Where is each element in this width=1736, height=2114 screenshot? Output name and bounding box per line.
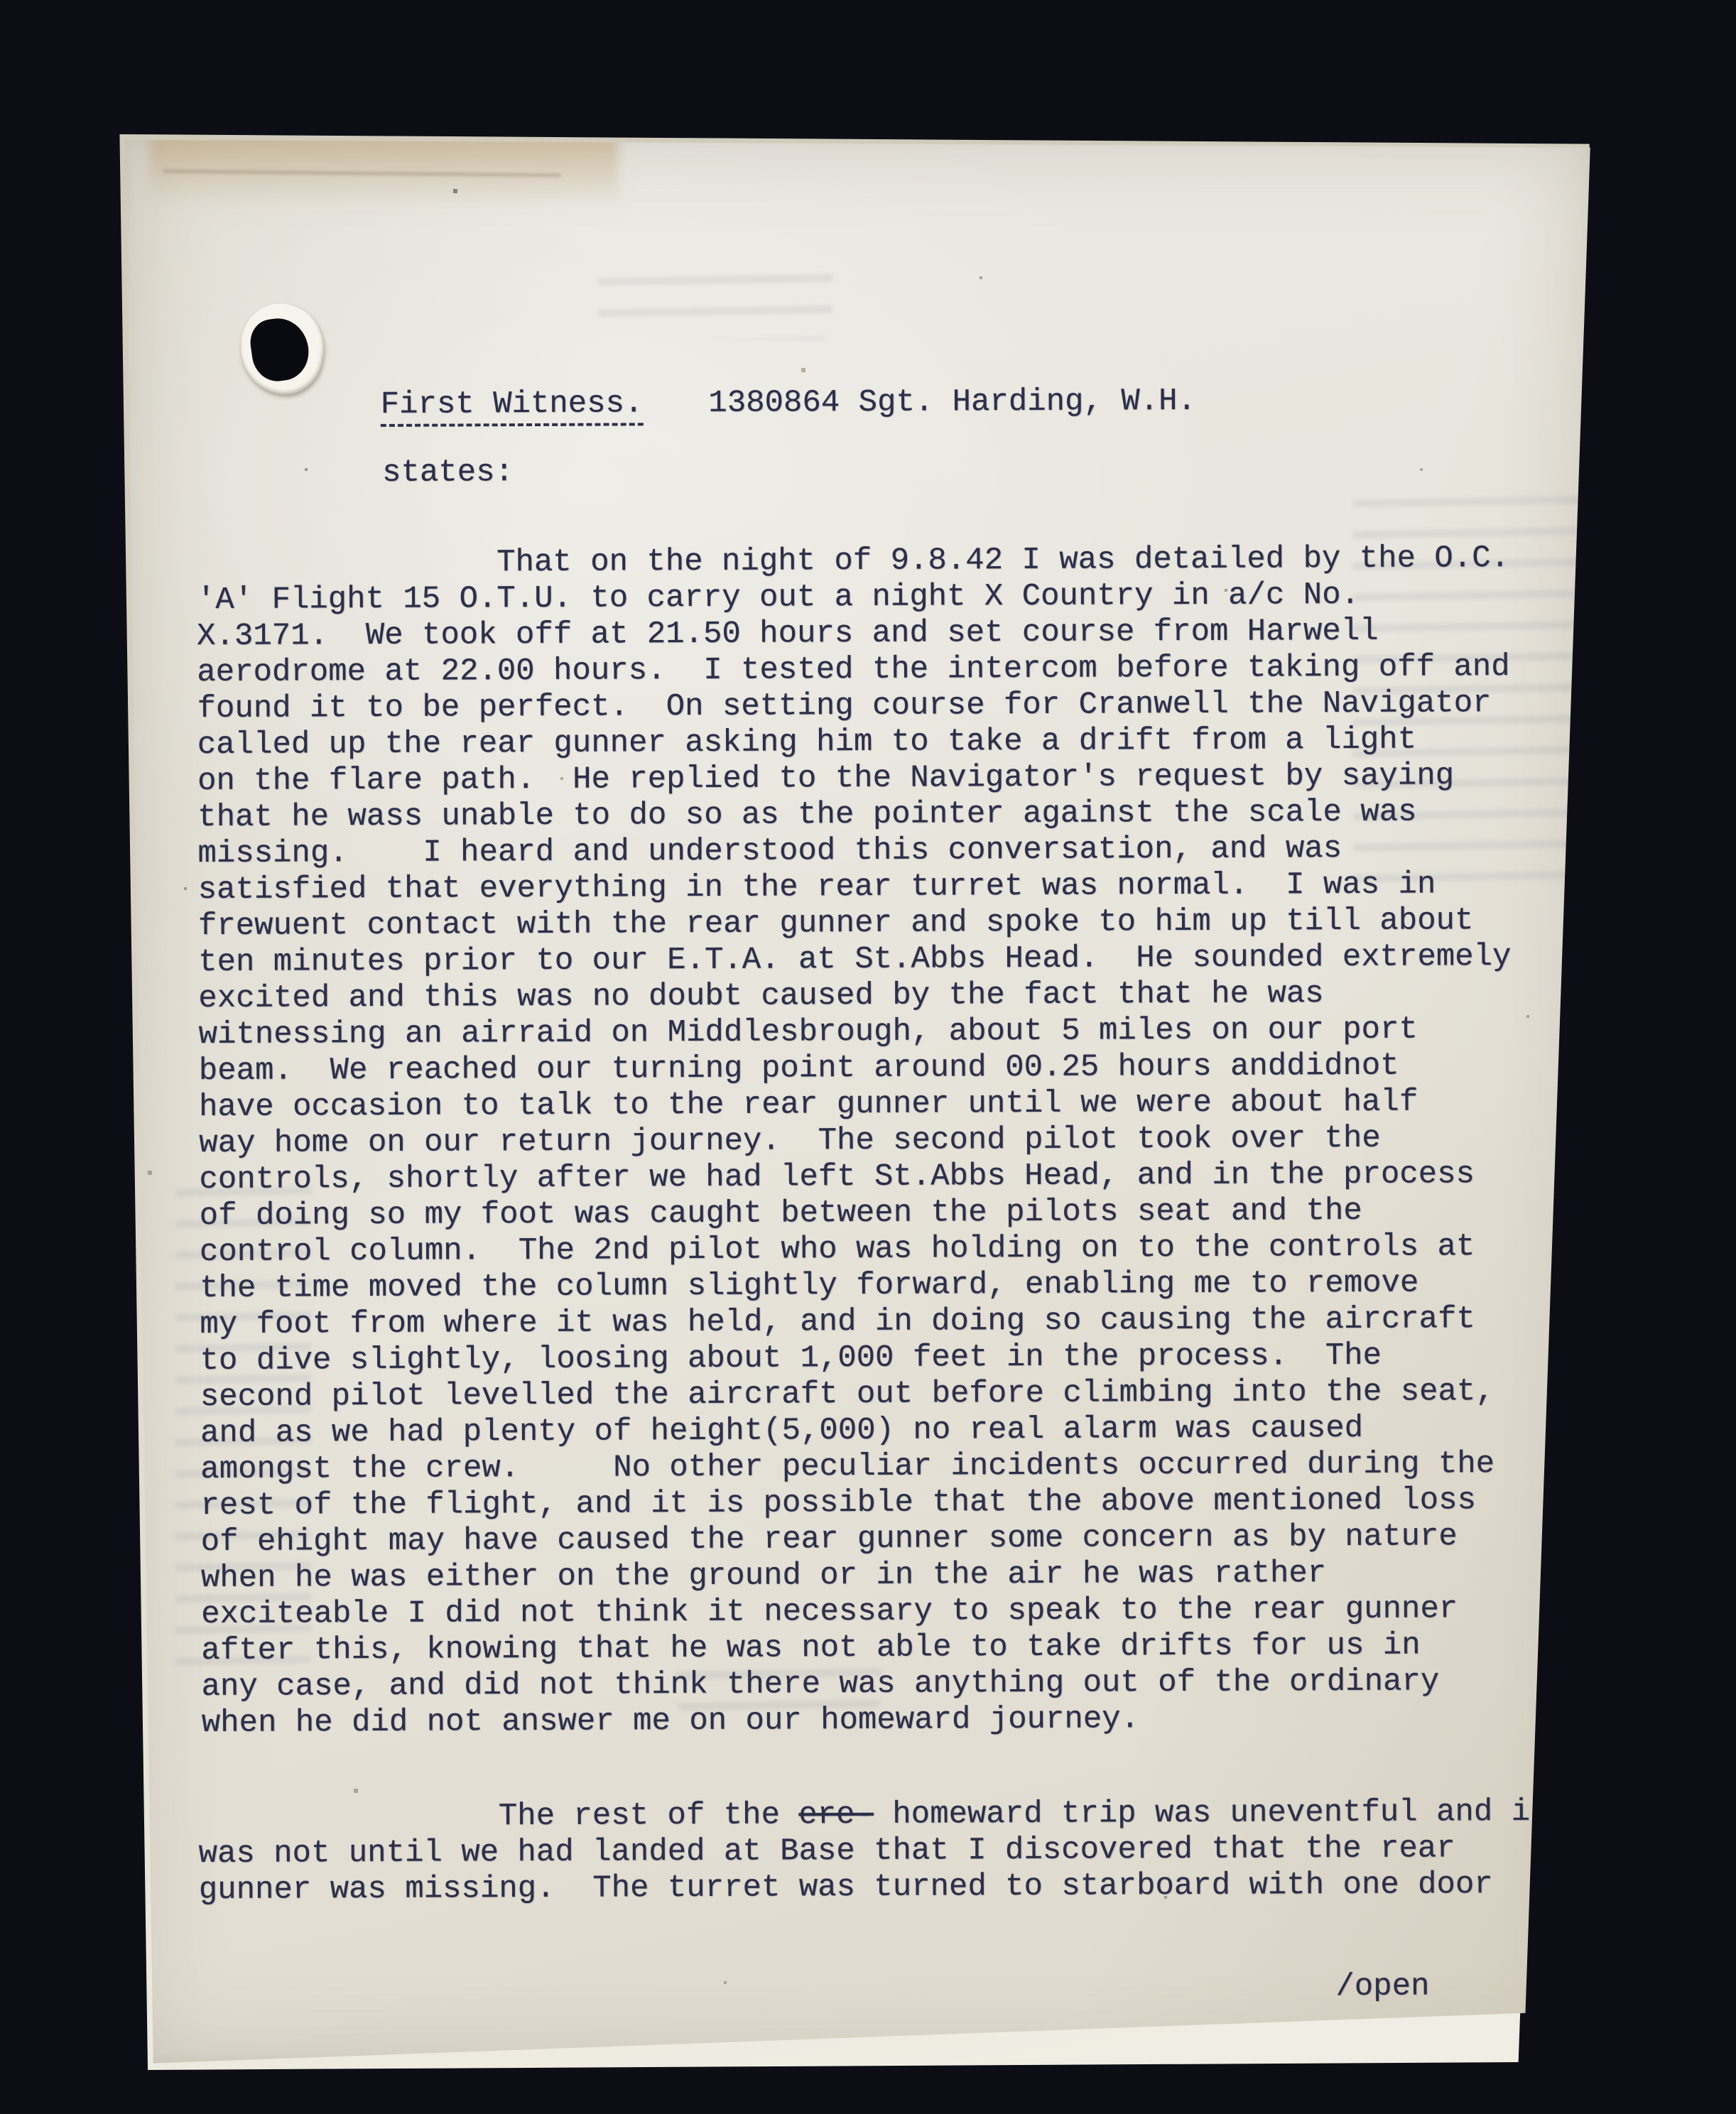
closing-text-before: The rest of the xyxy=(198,1797,798,1836)
continuation-marker: /open xyxy=(1335,1968,1429,2005)
photo-background: First Witness.1380864 Sgt. Harding, W.H.… xyxy=(0,0,1736,2114)
witness-identity: 1380864 Sgt. Harding, W.H. xyxy=(708,384,1196,421)
witness-header: First Witness.1380864 Sgt. Harding, W.H. xyxy=(381,384,1196,423)
witness-heading: First Witness. xyxy=(381,386,644,427)
closing-paragraph: The rest of the ere- homeward trip was u… xyxy=(198,1794,1549,1909)
typewritten-content: First Witness.1380864 Sgt. Harding, W.H.… xyxy=(116,131,1599,2070)
struck-out-word: ere- xyxy=(798,1797,874,1833)
document-page: First Witness.1380864 Sgt. Harding, W.H.… xyxy=(121,135,1595,2067)
states-label: states: xyxy=(382,455,514,492)
statement-paragraph: That on the night of 9.8.42 I was detail… xyxy=(197,541,1515,1742)
